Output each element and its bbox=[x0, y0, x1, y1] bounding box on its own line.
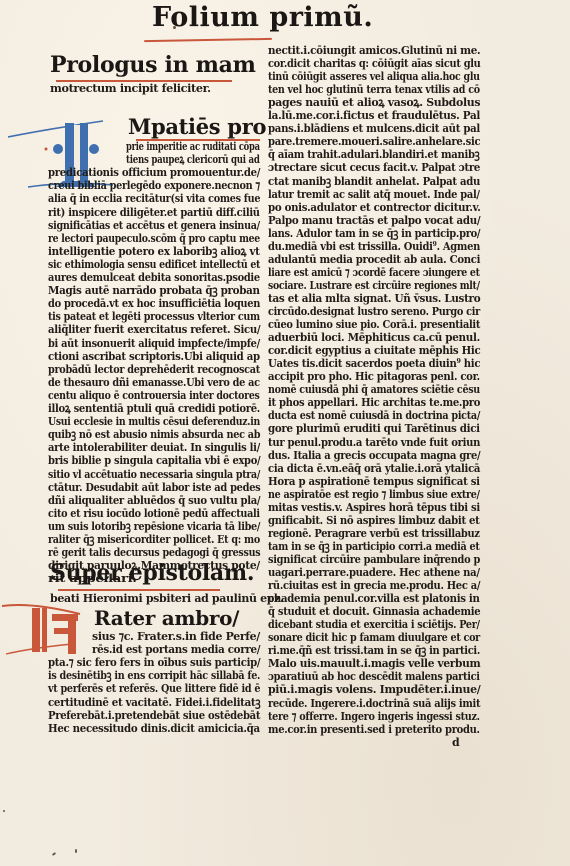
prologue-title: Prologus in mam bbox=[50, 52, 256, 78]
paper-speck bbox=[3, 810, 5, 812]
running-head: Folium primũ. bbox=[152, 2, 373, 33]
folio-page: Folium primũ. Prologus in mam motrectum … bbox=[0, 0, 570, 866]
paper-speck bbox=[173, 26, 176, 29]
second-heading: Rater ambro/ bbox=[94, 606, 239, 630]
epistle-subtitle: beati Hieronimi psbiteri ad paulinū epz. bbox=[50, 592, 283, 605]
paper-speck bbox=[75, 849, 77, 853]
running-head-red-underline bbox=[144, 38, 272, 42]
prologue-subtitle: motrectum incipit feliciter. bbox=[50, 82, 211, 95]
first-heading: Mpatiēs pro bbox=[128, 114, 266, 139]
red-initial-f-icon bbox=[2, 600, 82, 658]
epistle-title: Super epistolam. bbox=[50, 560, 254, 586]
epistle-title-red-underline bbox=[58, 589, 220, 591]
paper-speck bbox=[52, 852, 56, 856]
text-line: me.cor.in presenti.sed i preterito produ… bbox=[268, 723, 480, 736]
signature-mark: d bbox=[452, 736, 460, 749]
text-line: Hec necessitudo dinis.dicit amicicia.q̄a bbox=[48, 722, 260, 735]
